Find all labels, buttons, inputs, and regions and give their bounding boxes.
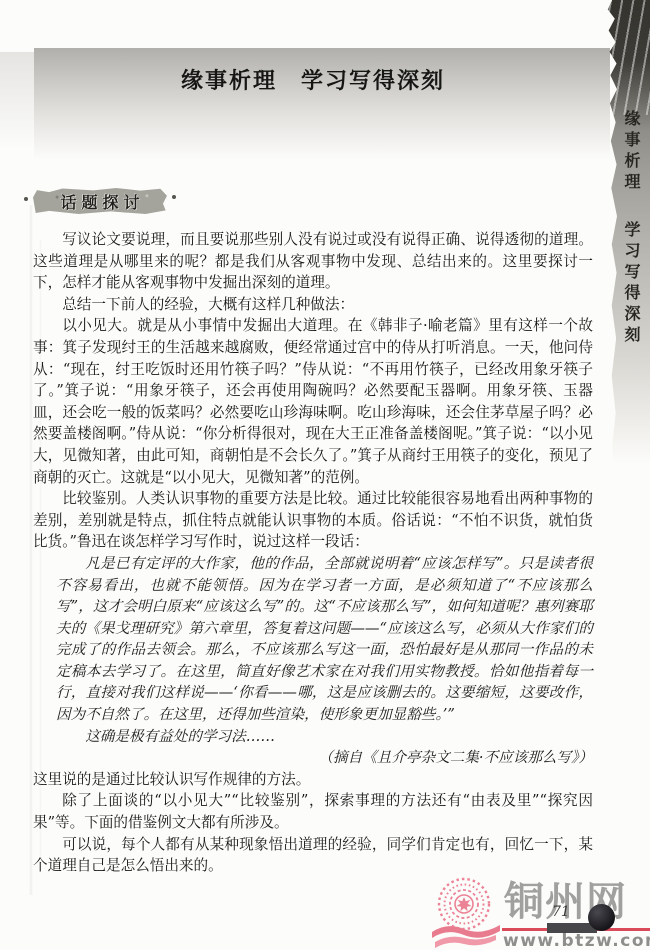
badge-ink-dot (172, 195, 176, 199)
page-number: 71 (552, 904, 570, 920)
quote-body: 凡是已有定评的大作家，他的作品，全部就说明着“应该怎样写”。只是读者很不容易看出… (56, 553, 593, 726)
quote-source: （摘自《且介亭杂文二集·不应该那么写》） (56, 747, 593, 769)
page-number-dot-icon (588, 904, 615, 931)
paragraph-quote-comment: 这里说的是通过比较认识写作规律的方法。 (33, 769, 593, 791)
paragraph-method-two: 比较鉴别。人类认识事物的重要方法是比较。通过比较能很容易地看出两种事物的差别，差… (33, 488, 593, 553)
site-watermark: 铜州网 www.btzw.com (430, 874, 650, 950)
watermark-site-url: www.btzw.com (503, 931, 650, 950)
margin-lesson-title: 学习写得深刻 (622, 221, 641, 347)
paragraph-lead: 总结一下前人的经验，大概有这样几种做法： (33, 294, 593, 316)
page-title: 缘事析理 学习写得深刻 (33, 64, 593, 95)
paragraph-method-one: 以小见大。就是从小事情中发掘出大道理。在《韩非子·喻老篇》里有这样一个故事：箕子… (33, 315, 593, 488)
section-badge-label: 话题探讨 (55, 190, 144, 213)
textbook-page: 缘事析理 学习写得深刻 话题探讨 写议论文要说理，而且要说那些别人没有说过或没有… (0, 0, 650, 950)
watermark-seal-icon (430, 876, 502, 950)
section-badge: 话题探讨 (33, 188, 167, 214)
margin-unit-title: 缘事析理 (622, 110, 641, 194)
quote-tail: 这确是极有益处的学习法…… (56, 726, 593, 748)
paragraph-other-methods: 除了上面谈的“以小见大”“比较鉴别”，探索事理的方法还有“由表及里”“探究因果”… (33, 790, 593, 833)
page-body: 写议论文要说理，而且要说那些别人没有说过或没有说得正确、说得透彻的道理。这些道理… (33, 229, 593, 877)
margin-titles: 缘事析理 学习写得深刻 (620, 110, 643, 347)
scan-left-shading (0, 52, 34, 148)
badge-ink-dot (24, 197, 28, 201)
luxun-quote-block: 凡是已有定评的大作家，他的作品，全部就说明着“应该怎样写”。只是读者很不容易看出… (56, 553, 593, 769)
paragraph-intro: 写议论文要说理，而且要说那些别人没有说过或没有说得正确、说得透彻的道理。这些道理… (33, 229, 593, 294)
